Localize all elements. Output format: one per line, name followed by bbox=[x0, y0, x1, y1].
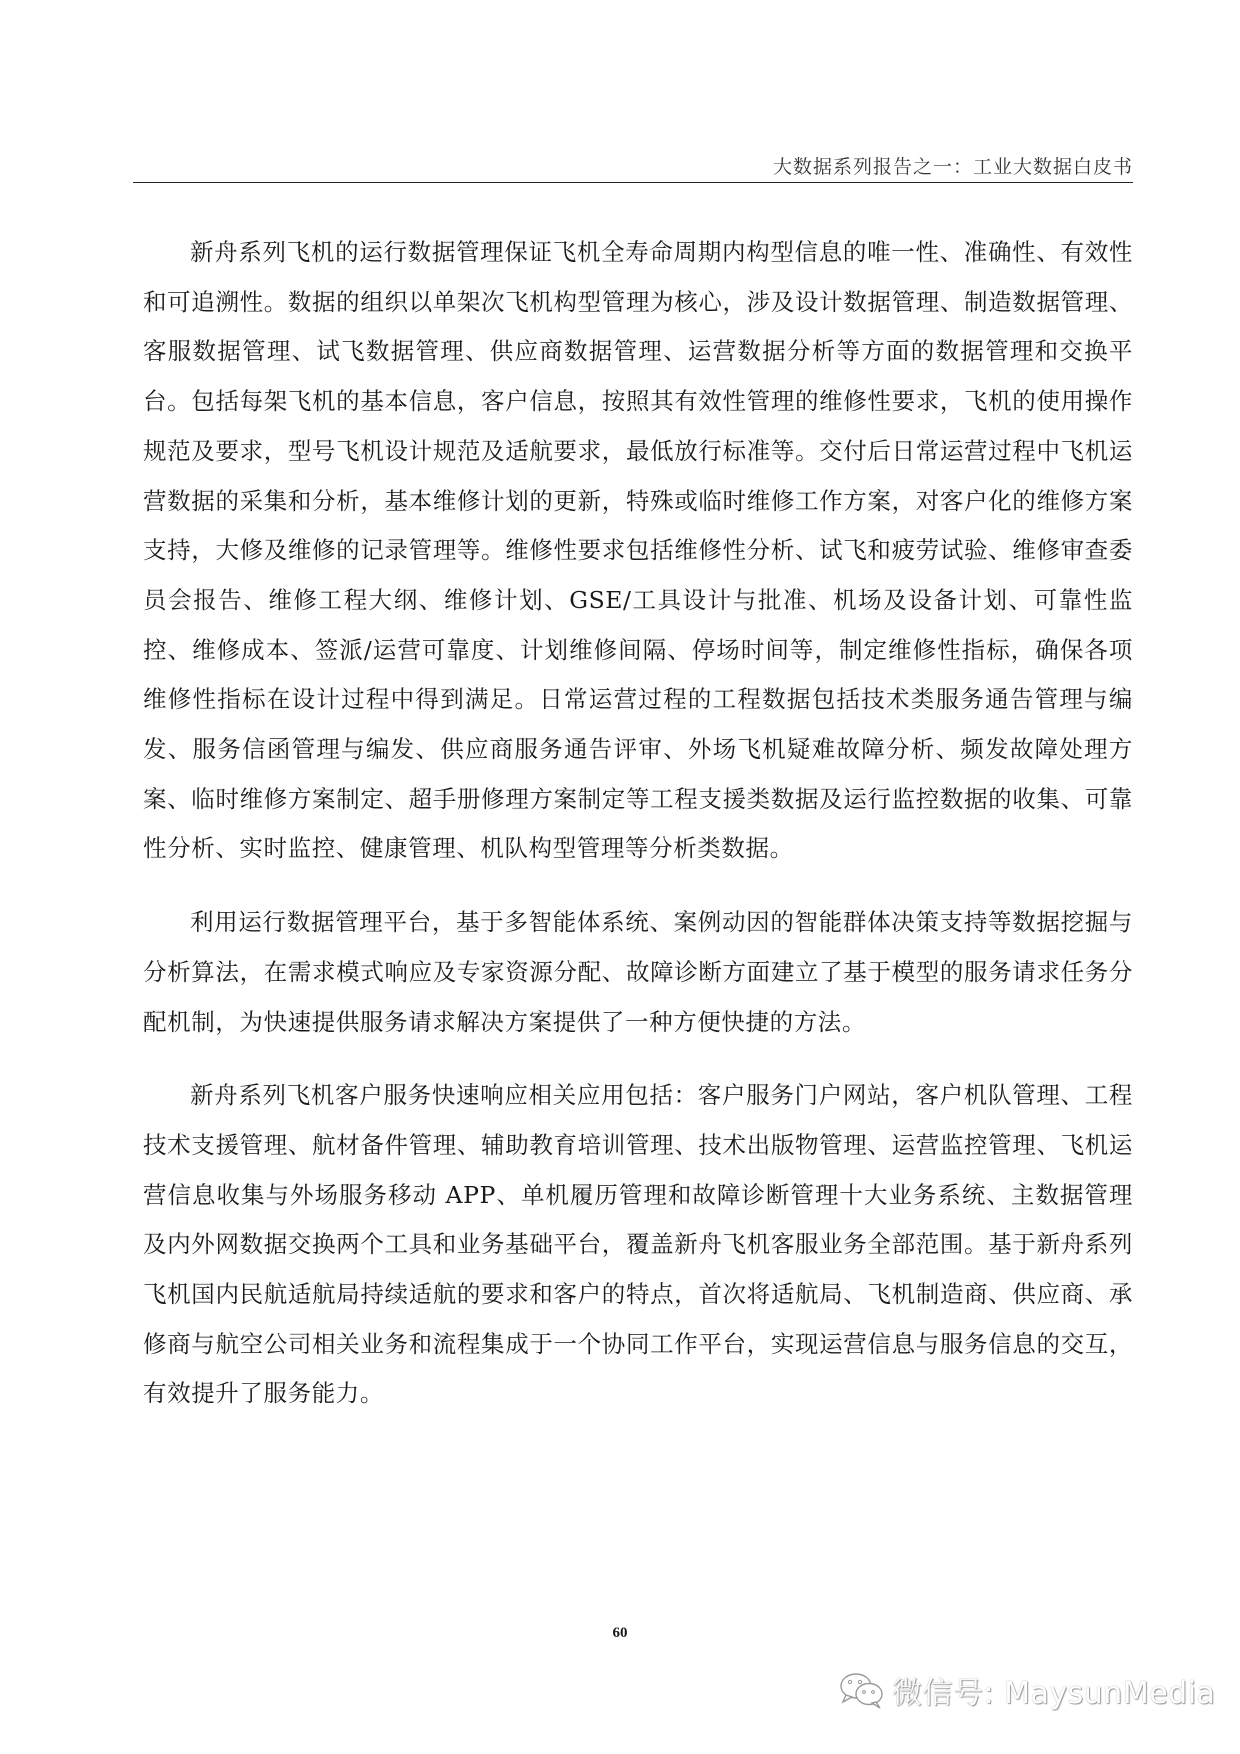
page-header: 大数据系列报告之一：工业大数据白皮书 bbox=[133, 150, 1133, 183]
paragraph-data-platform: 利用运行数据管理平台，基于多智能体系统、案例动因的智能群体决策支持等数据挖掘与分… bbox=[143, 898, 1133, 1047]
header-title: 大数据系列报告之一：工业大数据白皮书 bbox=[773, 152, 1133, 179]
body-content: 新舟系列飞机的运行数据管理保证飞机全寿命周期内构型信息的唯一性、准确性、有效性和… bbox=[143, 228, 1133, 1443]
watermark: 微信号: MaysunMedia bbox=[838, 1668, 1215, 1712]
paragraph-customer-service: 新舟系列飞机客户服务快速响应相关应用包括：客户服务门户网站，客户机队管理、工程技… bbox=[143, 1071, 1133, 1419]
page-number: 60 bbox=[0, 1625, 1240, 1642]
wechat-icon bbox=[838, 1670, 886, 1710]
watermark-text: 微信号: MaysunMedia bbox=[892, 1668, 1215, 1712]
paragraph-operational-data: 新舟系列飞机的运行数据管理保证飞机全寿命周期内构型信息的唯一性、准确性、有效性和… bbox=[143, 228, 1133, 874]
